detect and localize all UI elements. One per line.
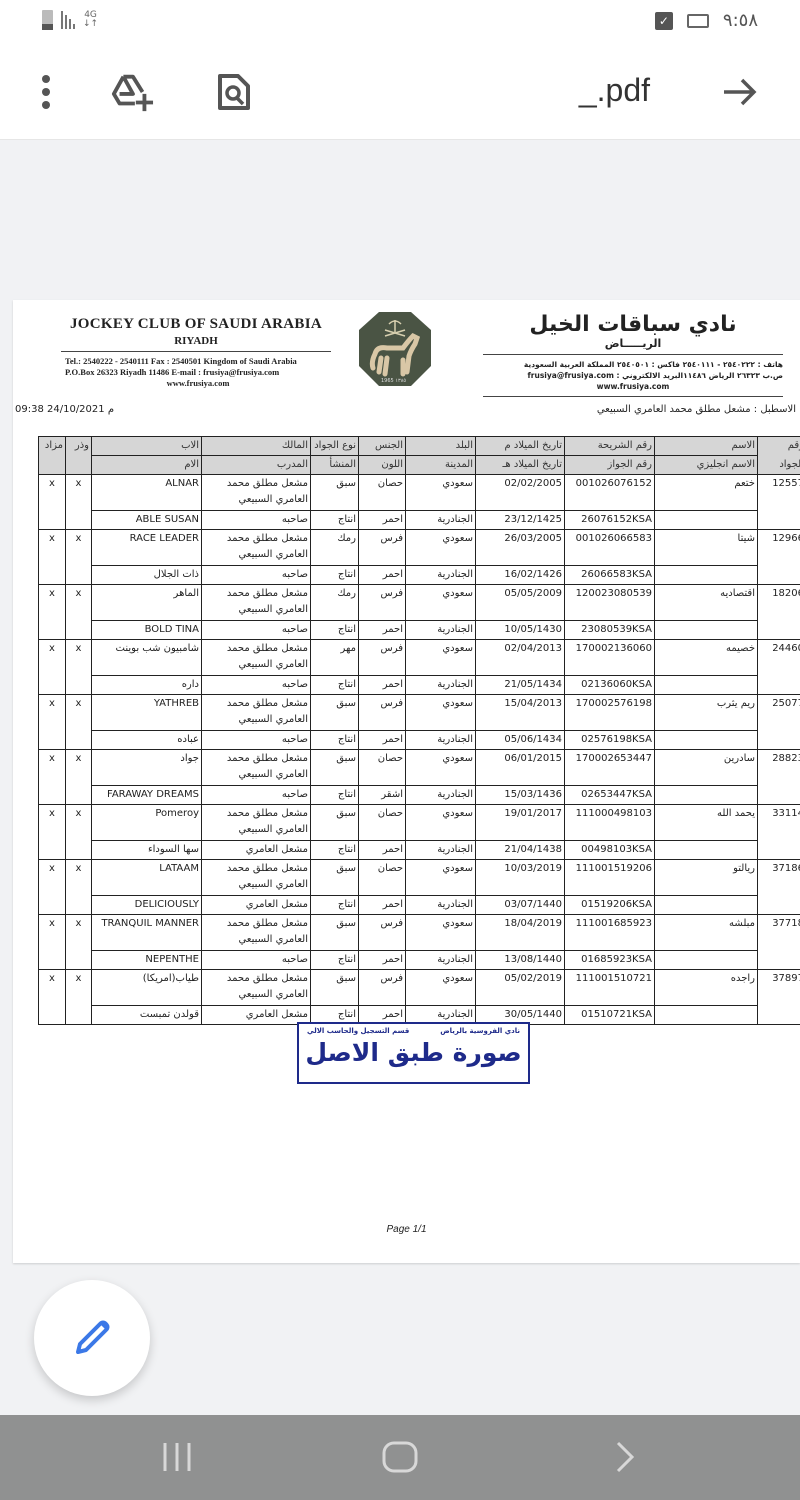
- cell-sire: RACE LEADER: [92, 530, 202, 566]
- cell-color: احمر: [359, 621, 406, 640]
- cell-dob: 06/01/2015: [476, 750, 565, 786]
- cell-horse-id: 12966: [758, 530, 800, 585]
- cell-w: x: [66, 530, 92, 585]
- cell-auction: x: [39, 530, 66, 585]
- cell-name-en: [655, 731, 758, 750]
- document-title: _.pdf: [579, 72, 650, 109]
- cell-trainer: مشعل العامري: [202, 1006, 311, 1025]
- cell-dam: DELICIOUSLY: [92, 896, 202, 915]
- header-sub-4: المدينة: [406, 456, 476, 475]
- home-button[interactable]: [370, 1437, 430, 1477]
- cell-dob: 10/03/2019: [476, 860, 565, 896]
- edit-pencil-icon: [72, 1318, 112, 1358]
- cell-chip: 170002653447: [565, 750, 655, 786]
- cell-name: ختعم: [655, 475, 758, 511]
- cell-sex: حصان: [359, 750, 406, 786]
- cell-horse-id: 28823: [758, 750, 800, 805]
- cell-horse-id: 24460: [758, 640, 800, 695]
- cell-trainer: صاحبه: [202, 566, 311, 585]
- cell-dob-hijri: 10/05/1430: [476, 621, 565, 640]
- cell-owner: مشعل مطلق محمد العامري السبيعي: [202, 585, 311, 621]
- edit-fab-button[interactable]: [34, 1280, 150, 1396]
- header-sub-3: تاريخ الميلاد هـ: [476, 456, 565, 475]
- cell-name: يحمد الله: [655, 805, 758, 841]
- table-row-sub: 02653447KSA15/03/1436الجنادريةاشقرانتاجص…: [39, 786, 800, 805]
- website-en: www.frusiya.com: [61, 378, 331, 389]
- cell-dob-hijri: 05/06/1434: [476, 731, 565, 750]
- cell-city: الجنادرية: [406, 566, 476, 585]
- cell-city: الجنادرية: [406, 676, 476, 695]
- city-ar: الريـــــاض: [483, 337, 783, 350]
- table-row-sub: 01519206KSA03/07/1440الجنادريةاحمرانتاجم…: [39, 896, 800, 915]
- header-sub-5: اللون: [359, 456, 406, 475]
- cell-chip: 111001685923: [565, 915, 655, 951]
- contact-line-2-en: P.O.Box 26323 Riyadh 11486 E-mail : frus…: [61, 367, 331, 378]
- cell-dob: 18/04/2019: [476, 915, 565, 951]
- cell-passport: 02576198KSA: [565, 731, 655, 750]
- outlook-notification-icon: [687, 14, 709, 28]
- cell-sex: فرس: [359, 695, 406, 731]
- cell-country: سعودي: [406, 970, 476, 1006]
- cell-dob-hijri: 21/05/1434: [476, 676, 565, 695]
- home-icon: [381, 1441, 419, 1473]
- cell-color: احمر: [359, 511, 406, 530]
- cell-dob: 02/02/2005: [476, 475, 565, 511]
- cell-origin: انتاج: [311, 676, 359, 695]
- cell-owner: مشعل مطلق محمد العامري السبيعي: [202, 805, 311, 841]
- header-col-6: الجنس: [359, 437, 406, 456]
- cell-name: راجده: [655, 970, 758, 1006]
- cell-name: مبلشه: [655, 915, 758, 951]
- cell-sex: حصان: [359, 860, 406, 896]
- cell-sire: شامبيون شب بوينت: [92, 640, 202, 676]
- cell-dob: 15/04/2013: [476, 695, 565, 731]
- table-row: 525077ريم يثرب17000257619815/04/2013سعود…: [39, 695, 800, 731]
- cell-sire: طياب(امريكا): [92, 970, 202, 1006]
- cell-horse-id: 25077: [758, 695, 800, 750]
- header-col-4: تاريخ الميلاد م: [476, 437, 565, 456]
- website-ar: www.frusiya.com: [483, 381, 783, 392]
- cell-dam: BOLD TINA: [92, 621, 202, 640]
- header-sub-2: رقم الجواز: [565, 456, 655, 475]
- cell-dob: 05/05/2009: [476, 585, 565, 621]
- cell-chip: 111001510721: [565, 970, 655, 1006]
- cell-passport: 23080539KSA: [565, 621, 655, 640]
- certified-copy-stamp: نادي الفروسية بالرياض قسم التسجيل والحاس…: [297, 1022, 530, 1084]
- cell-color: اشقر: [359, 786, 406, 805]
- cell-chip: 170002576198: [565, 695, 655, 731]
- back-button[interactable]: [596, 1437, 656, 1477]
- stable-owner: الاسطبل : مشعل مطلق محمد العامري السبيعي: [597, 404, 796, 415]
- letterhead: JOCKEY CLUB OF SAUDI ARABIA RIYADH Tel.:…: [31, 306, 800, 402]
- cell-horse-id: 37186: [758, 860, 800, 915]
- cell-city: الجنادرية: [406, 896, 476, 915]
- cell-chip: 170002136060: [565, 640, 655, 676]
- cell-name: ريم يثرب: [655, 695, 758, 731]
- cell-chip: 111001519206: [565, 860, 655, 896]
- cell-country: سعودي: [406, 530, 476, 566]
- cell-horse-id: 18206: [758, 585, 800, 640]
- cell-owner: مشعل مطلق محمد العامري السبيعي: [202, 915, 311, 951]
- cell-passport: 26076152KSA: [565, 511, 655, 530]
- cell-city: الجنادرية: [406, 951, 476, 970]
- table-row: 1037897راجده11100151072105/02/2019سعوديف…: [39, 970, 800, 1006]
- cell-color: احمر: [359, 841, 406, 860]
- page-number: Page 1/1: [13, 1224, 800, 1235]
- add-to-drive-button[interactable]: [110, 70, 154, 114]
- cell-horse-id: 37718: [758, 915, 800, 970]
- table-row: 318206اقتصاديه12002308053905/05/2009سعود…: [39, 585, 800, 621]
- back-icon: [614, 1441, 638, 1473]
- cell-origin: انتاج: [311, 841, 359, 860]
- cell-type: سبق: [311, 860, 359, 896]
- cell-chip: 120023080539: [565, 585, 655, 621]
- contact-line-1-en: Tel.: 2540222 - 2540111 Fax : 2540501 Ki…: [61, 356, 331, 367]
- cell-auction: x: [39, 805, 66, 860]
- cell-chip: 111000498103: [565, 805, 655, 841]
- cell-color: احمر: [359, 731, 406, 750]
- cell-dob: 05/02/2019: [476, 970, 565, 1006]
- cell-origin: انتاج: [311, 731, 359, 750]
- cell-country: سعودي: [406, 915, 476, 951]
- cell-horse-id: 12557: [758, 475, 800, 530]
- table-row: 937718مبلشه11100168592318/04/2019سعوديفر…: [39, 915, 800, 951]
- cell-dam: NEPENTHE: [92, 951, 202, 970]
- cell-passport: 26066583KSA: [565, 566, 655, 585]
- cell-color: احمر: [359, 676, 406, 695]
- pdf-viewer-toolbar: _.pdf: [0, 44, 800, 140]
- cell-type: مهر: [311, 640, 359, 676]
- more-options-button[interactable]: [24, 70, 68, 114]
- cell-w: x: [66, 805, 92, 860]
- cell-w: x: [66, 750, 92, 805]
- cell-w: x: [66, 695, 92, 750]
- cell-city: الجنادرية: [406, 511, 476, 530]
- table-row: 628823سادرين17000265344706/01/2015سعوديح…: [39, 750, 800, 786]
- cell-country: سعودي: [406, 695, 476, 731]
- cell-passport: 01519206KSA: [565, 896, 655, 915]
- city-en: RIYADH: [61, 335, 331, 347]
- checkbox-notification-icon: ✓: [655, 12, 673, 30]
- cell-dob: 02/04/2013: [476, 640, 565, 676]
- cell-auction: x: [39, 970, 66, 1025]
- cell-passport: 02136060KSA: [565, 676, 655, 695]
- cell-auction: x: [39, 640, 66, 695]
- cell-trainer: صاحبه: [202, 951, 311, 970]
- cell-type: سبق: [311, 695, 359, 731]
- cell-country: سعودي: [406, 585, 476, 621]
- cell-sire: الماهر: [92, 585, 202, 621]
- signal-icon: [61, 11, 75, 29]
- cell-horse-id: 37897: [758, 970, 800, 1025]
- cell-dob-hijri: 15/03/1436: [476, 786, 565, 805]
- cell-dam: عباده: [92, 731, 202, 750]
- cell-dam: داره: [92, 676, 202, 695]
- cell-name-en: [655, 896, 758, 915]
- cell-auction: x: [39, 860, 66, 915]
- status-bar: 4G↓↑ ✓ ٩:٥٨: [0, 0, 800, 44]
- header-sub-1: الاسم انجليزي: [655, 456, 758, 475]
- cell-type: سبق: [311, 970, 359, 1006]
- cell-country: سعودي: [406, 860, 476, 896]
- cell-sire: YATHREB: [92, 695, 202, 731]
- table-row: 424460خصيمه17000213606002/04/2013سعوديفر…: [39, 640, 800, 676]
- cell-sex: فرس: [359, 530, 406, 566]
- stamp-text: صورة طبق الاصل: [299, 1035, 528, 1071]
- cell-dam: ABLE SUSAN: [92, 511, 202, 530]
- header-sub-8: الام: [92, 456, 202, 475]
- cell-auction: x: [39, 915, 66, 970]
- recent-apps-icon: [159, 1441, 195, 1473]
- cell-dam: سها السوداء: [92, 841, 202, 860]
- cell-color: احمر: [359, 566, 406, 585]
- cell-dob-hijri: 13/08/1440: [476, 951, 565, 970]
- cell-name-en: [655, 511, 758, 530]
- cell-dob-hijri: 23/12/1425: [476, 511, 565, 530]
- cell-passport: 02653447KSA: [565, 786, 655, 805]
- cell-type: رمك: [311, 585, 359, 621]
- cell-type: سبق: [311, 805, 359, 841]
- arrow-forward-icon: [722, 77, 758, 107]
- stamp-dept: قسم التسجيل والحاسب الالي: [307, 1027, 409, 1035]
- table-row-sub: 00498103KSA21/04/1438الجنادريةاحمرانتاجم…: [39, 841, 800, 860]
- table-body: 112557ختعم00102607615202/02/2005سعوديحصا…: [39, 475, 800, 1025]
- cell-city: الجنادرية: [406, 841, 476, 860]
- cell-w: x: [66, 970, 92, 1025]
- cell-country: سعودي: [406, 750, 476, 786]
- cell-sire: Pomeroy: [92, 805, 202, 841]
- header-sub-7: المدرب: [202, 456, 311, 475]
- cell-dob: 19/01/2017: [476, 805, 565, 841]
- cell-w: x: [66, 585, 92, 640]
- cell-sex: حصان: [359, 475, 406, 511]
- svg-text:1965 ١٣٨٥: 1965 ١٣٨٥: [381, 378, 406, 384]
- table-row: 733114يحمد الله11100049810319/01/2017سعو…: [39, 805, 800, 841]
- club-name-ar: نادي سباقات الخيل: [483, 312, 783, 337]
- header-sub-0: الجواد: [758, 456, 800, 475]
- clock: ٩:٥٨: [723, 10, 758, 31]
- cell-origin: انتاج: [311, 621, 359, 640]
- cell-auction: x: [39, 695, 66, 750]
- cell-name: اقتصاديه: [655, 585, 758, 621]
- cell-dam: قولدن تمبست: [92, 1006, 202, 1025]
- cell-name: شيتا: [655, 530, 758, 566]
- header-col-8: المالك: [202, 437, 311, 456]
- cell-dam: ذات الجلال: [92, 566, 202, 585]
- table-row: 212966شيتا00102606658326/03/2005سعوديفرس…: [39, 530, 800, 566]
- cell-auction: x: [39, 475, 66, 530]
- cell-type: سبق: [311, 915, 359, 951]
- cell-name-en: [655, 676, 758, 695]
- cell-owner: مشعل مطلق محمد العامري السبيعي: [202, 530, 311, 566]
- header-col-9: الاب: [92, 437, 202, 456]
- header-w: وذر: [66, 437, 92, 475]
- battery-icon: [42, 10, 53, 30]
- cell-trainer: مشعل العامري: [202, 841, 311, 860]
- cell-owner: مشعل مطلق محمد العامري السبيعي: [202, 860, 311, 896]
- cell-type: رمك: [311, 530, 359, 566]
- cell-city: الجنادرية: [406, 731, 476, 750]
- cell-sex: حصان: [359, 805, 406, 841]
- cell-origin: انتاج: [311, 896, 359, 915]
- table-row-sub: 23080539KSA10/05/1430الجنادريةاحمرانتاجص…: [39, 621, 800, 640]
- table-row-sub: 01685923KSA13/08/1440الجنادريةاحمرانتاجص…: [39, 951, 800, 970]
- system-navigation-bar: [0, 1415, 800, 1500]
- cell-passport: 00498103KSA: [565, 841, 655, 860]
- header-sub-6: المنشأ: [311, 456, 359, 475]
- table-header: #رقمالاسمرقم الشريحةتاريخ الميلاد مالبلد…: [39, 437, 800, 475]
- cell-sire: TRANQUIL MANNER: [92, 915, 202, 951]
- header-col-3: رقم الشريحة: [565, 437, 655, 456]
- cell-trainer: صاحبه: [202, 511, 311, 530]
- table-row-sub: 02136060KSA21/05/1434الجنادريةاحمرانتاجص…: [39, 676, 800, 695]
- table-row-sub: 02576198KSA05/06/1434الجنادريةاحمرانتاجص…: [39, 731, 800, 750]
- cell-owner: مشعل مطلق محمد العامري السبيعي: [202, 640, 311, 676]
- cell-dam: FARAWAY DREAMS: [92, 786, 202, 805]
- header-auction: مزاد: [39, 437, 66, 475]
- cell-owner: مشعل مطلق محمد العامري السبيعي: [202, 970, 311, 1006]
- cell-name: ريالتو: [655, 860, 758, 896]
- header-col-7: نوع الجواد: [311, 437, 359, 456]
- find-in-page-icon: [216, 72, 252, 112]
- cell-sire: ALNAR: [92, 475, 202, 511]
- cell-w: x: [66, 640, 92, 695]
- cell-country: سعودي: [406, 475, 476, 511]
- forward-button[interactable]: [718, 70, 762, 114]
- cell-dob-hijri: 03/07/1440: [476, 896, 565, 915]
- header-col-5: البلد: [406, 437, 476, 456]
- header-horse-id: رقم: [758, 437, 800, 456]
- cell-passport: 01510721KSA: [565, 1006, 655, 1025]
- stamp-org: نادي الفروسية بالرياض: [440, 1027, 520, 1035]
- cell-w: x: [66, 860, 92, 915]
- cell-owner: مشعل مطلق محمد العامري السبيعي: [202, 475, 311, 511]
- contact-line-1-ar: هاتف : ٢٥٤٠٢٢٢ - ٢٥٤٠١١١ فاكس : ٢٥٤٠٥٠١ …: [483, 359, 783, 370]
- cell-dob: 26/03/2005: [476, 530, 565, 566]
- cell-city: الجنادرية: [406, 621, 476, 640]
- cell-origin: انتاج: [311, 566, 359, 585]
- table-row: 112557ختعم00102607615202/02/2005سعوديحصا…: [39, 475, 800, 511]
- cell-name-en: [655, 1006, 758, 1025]
- cell-trainer: صاحبه: [202, 676, 311, 695]
- letterhead-english: JOCKEY CLUB OF SAUDI ARABIA RIYADH Tel.:…: [61, 316, 331, 389]
- cell-sex: فرس: [359, 585, 406, 621]
- cell-type: سبق: [311, 475, 359, 511]
- cell-auction: x: [39, 750, 66, 805]
- cell-dob-hijri: 21/04/1438: [476, 841, 565, 860]
- cell-name-en: [655, 951, 758, 970]
- cell-origin: انتاج: [311, 951, 359, 970]
- cell-w: x: [66, 915, 92, 970]
- cell-w: x: [66, 475, 92, 530]
- club-name-en: JOCKEY CLUB OF SAUDI ARABIA: [61, 316, 331, 333]
- cell-sex: فرس: [359, 640, 406, 676]
- cell-passport: 01685923KSA: [565, 951, 655, 970]
- cell-name: خصيمه: [655, 640, 758, 676]
- more-vert-icon: [41, 74, 51, 110]
- cell-type: سبق: [311, 750, 359, 786]
- cell-origin: انتاج: [311, 786, 359, 805]
- cell-name-en: [655, 786, 758, 805]
- cell-origin: انتاج: [311, 511, 359, 530]
- cell-horse-id: 33114: [758, 805, 800, 860]
- cell-country: سعودي: [406, 805, 476, 841]
- club-logo: 1965 ١٣٨٥: [357, 310, 433, 388]
- cell-name: سادرين: [655, 750, 758, 786]
- cell-sire: جواد: [92, 750, 202, 786]
- cell-country: سعودي: [406, 640, 476, 676]
- cell-owner: مشعل مطلق محمد العامري السبيعي: [202, 695, 311, 731]
- contact-line-2-ar: ص.ب ٢٦٣٢٣ الرياض ١١٤٨٦البريد الالكتروني …: [483, 370, 783, 381]
- cell-city: الجنادرية: [406, 786, 476, 805]
- drive-add-icon: [110, 72, 154, 112]
- cell-name-en: [655, 566, 758, 585]
- cell-trainer: صاحبه: [202, 731, 311, 750]
- cell-sire: LATAAM: [92, 860, 202, 896]
- cell-trainer: صاحبه: [202, 786, 311, 805]
- cell-name-en: [655, 841, 758, 860]
- cell-auction: x: [39, 585, 66, 640]
- report-datetime: 09:38 24/10/2021 م: [15, 404, 114, 415]
- cell-trainer: مشعل العامري: [202, 896, 311, 915]
- cell-color: احمر: [359, 896, 406, 915]
- table-row: 837186ريالتو11100151920610/03/2019سعوديح…: [39, 860, 800, 896]
- cell-sex: فرس: [359, 970, 406, 1006]
- cell-owner: مشعل مطلق محمد العامري السبيعي: [202, 750, 311, 786]
- cell-chip: 001026066583: [565, 530, 655, 566]
- cell-color: احمر: [359, 951, 406, 970]
- letterhead-arabic: نادي سباقات الخيل الريـــــاض هاتف : ٢٥٤…: [483, 312, 783, 401]
- cell-dob-hijri: 16/02/1426: [476, 566, 565, 585]
- cell-sex: فرس: [359, 915, 406, 951]
- pdf-page[interactable]: JOCKEY CLUB OF SAUDI ARABIA RIYADH Tel.:…: [13, 300, 800, 1263]
- cell-chip: 001026076152: [565, 475, 655, 511]
- horses-table: #رقمالاسمرقم الشريحةتاريخ الميلاد مالبلد…: [38, 436, 791, 1025]
- table-row-sub: 26076152KSA23/12/1425الجنادريةاحمرانتاجص…: [39, 511, 800, 530]
- cell-name-en: [655, 621, 758, 640]
- table-row-sub: 26066583KSA16/02/1426الجنادريةاحمرانتاجص…: [39, 566, 800, 585]
- cell-trainer: صاحبه: [202, 621, 311, 640]
- find-in-document-button[interactable]: [212, 70, 256, 114]
- recent-apps-button[interactable]: [147, 1437, 207, 1477]
- network-type: 4G↓↑: [83, 11, 98, 29]
- header-col-2: الاسم: [655, 437, 758, 456]
